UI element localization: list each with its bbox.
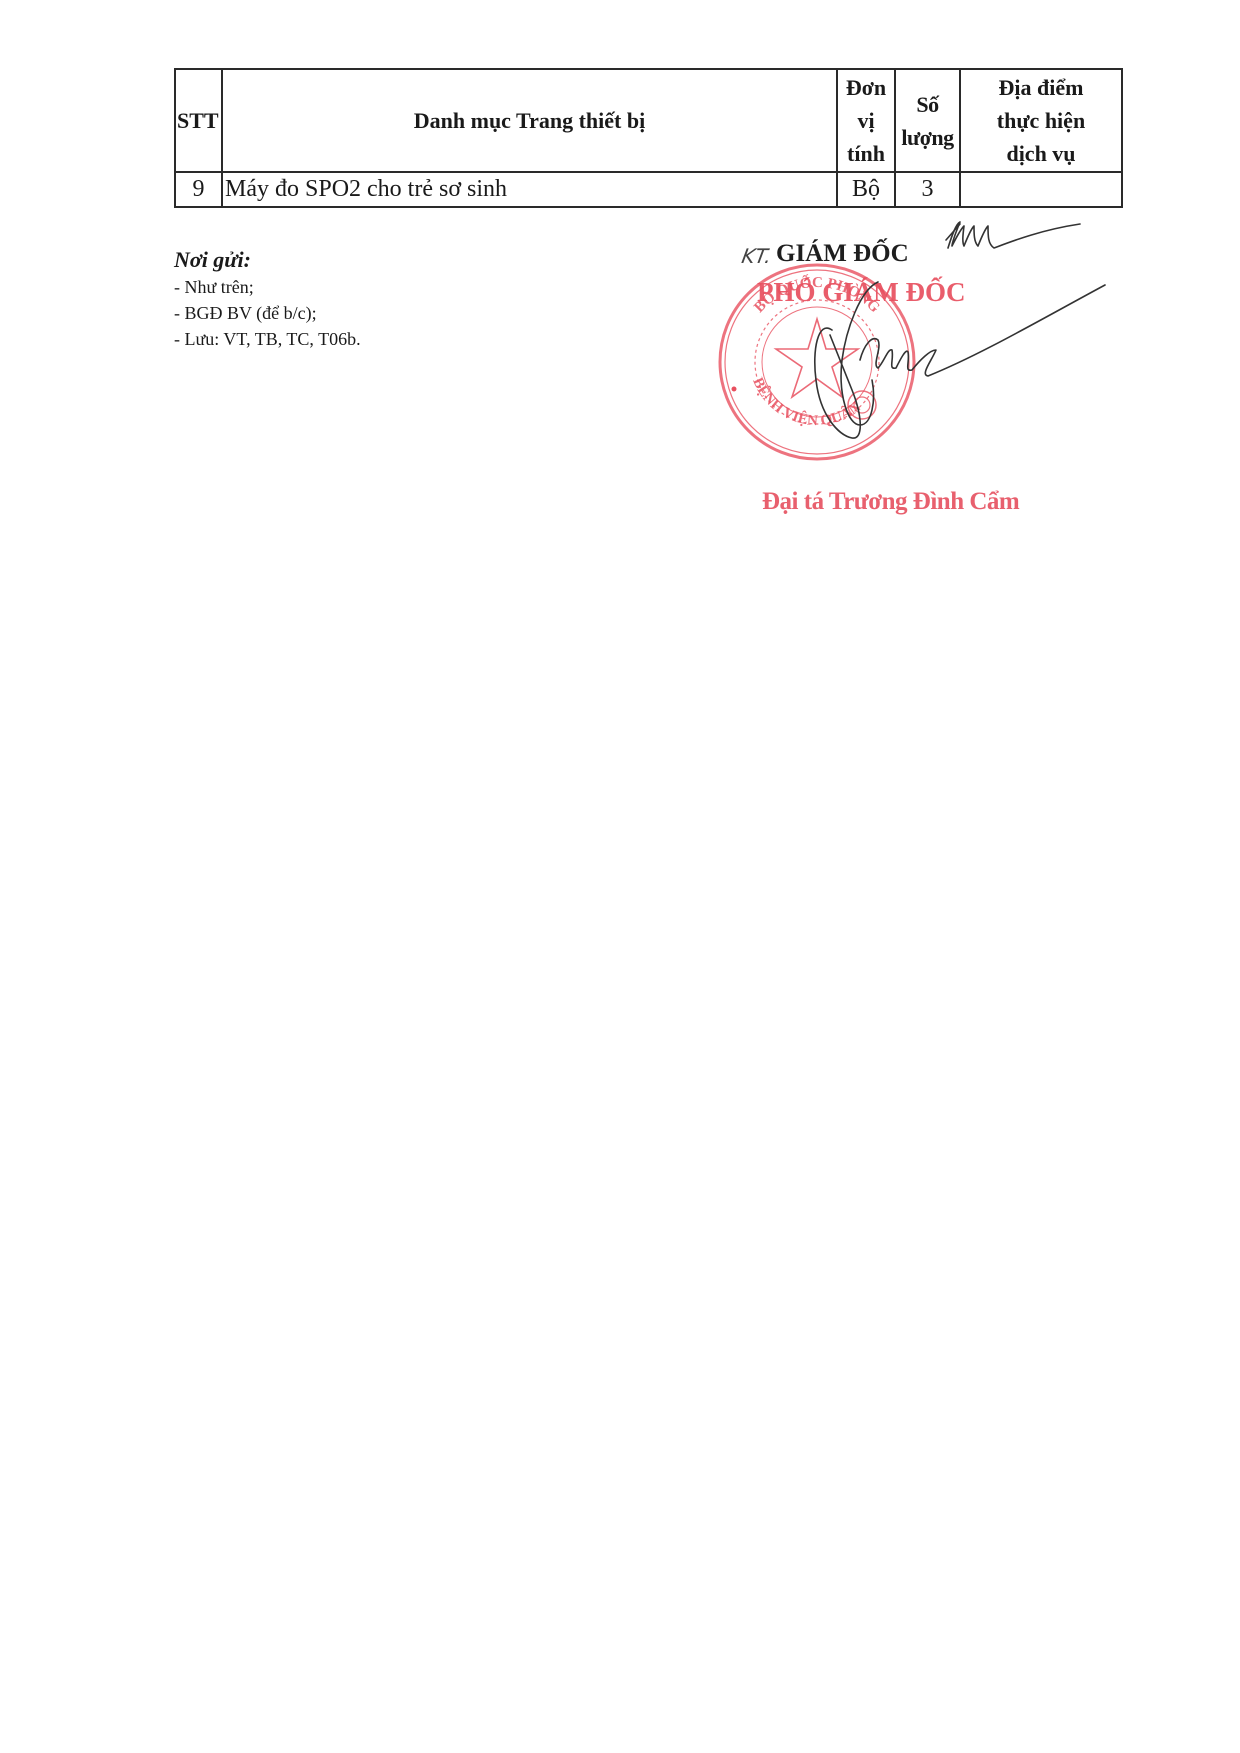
recipient-item: - Lưu: VT, TB, TC, T06b. bbox=[174, 326, 361, 352]
table-header-row: STT Danh mục Trang thiết bị Đơn vị tính … bbox=[175, 69, 1122, 172]
header-service-location: Địa điểm thực hiện dịch vụ bbox=[960, 69, 1122, 172]
table-row: 9 Máy đo SPO2 cho trẻ sơ sinh Bộ 3 bbox=[175, 172, 1122, 207]
recipient-item: - BGĐ BV (để b/c); bbox=[174, 300, 361, 326]
signature-subtitle: PHÓ GIÁM ĐỐC bbox=[757, 277, 966, 308]
header-quantity: Số lượng bbox=[895, 69, 960, 172]
cell-stt: 9 bbox=[175, 172, 222, 207]
header-stt: STT bbox=[175, 69, 222, 172]
recipient-item: - Như trên; bbox=[174, 274, 361, 300]
header-equipment-name: Danh mục Trang thiết bị bbox=[222, 69, 837, 172]
signature-prefix: KT. bbox=[740, 244, 774, 268]
equipment-table: STT Danh mục Trang thiết bị Đơn vị tính … bbox=[174, 68, 1123, 208]
cell-quantity: 3 bbox=[895, 172, 960, 207]
cell-equipment-name: Máy đo SPO2 cho trẻ sơ sinh bbox=[222, 172, 837, 207]
header-unit: Đơn vị tính bbox=[837, 69, 895, 172]
cell-unit: Bộ bbox=[837, 172, 895, 207]
svg-text:BỆNH VIỆN QUÂN: BỆNH VIỆN QUÂN bbox=[749, 375, 864, 429]
cell-service-location bbox=[960, 172, 1122, 207]
recipients-title: Nơi gửi: bbox=[174, 246, 361, 274]
signer-name: Đại tá Trương Đình Cẩm bbox=[762, 488, 1019, 516]
signature-title: GIÁM ĐỐC bbox=[776, 240, 909, 268]
recipients-block: Nơi gửi: - Như trên; - BGĐ BV (để b/c); … bbox=[174, 246, 361, 352]
